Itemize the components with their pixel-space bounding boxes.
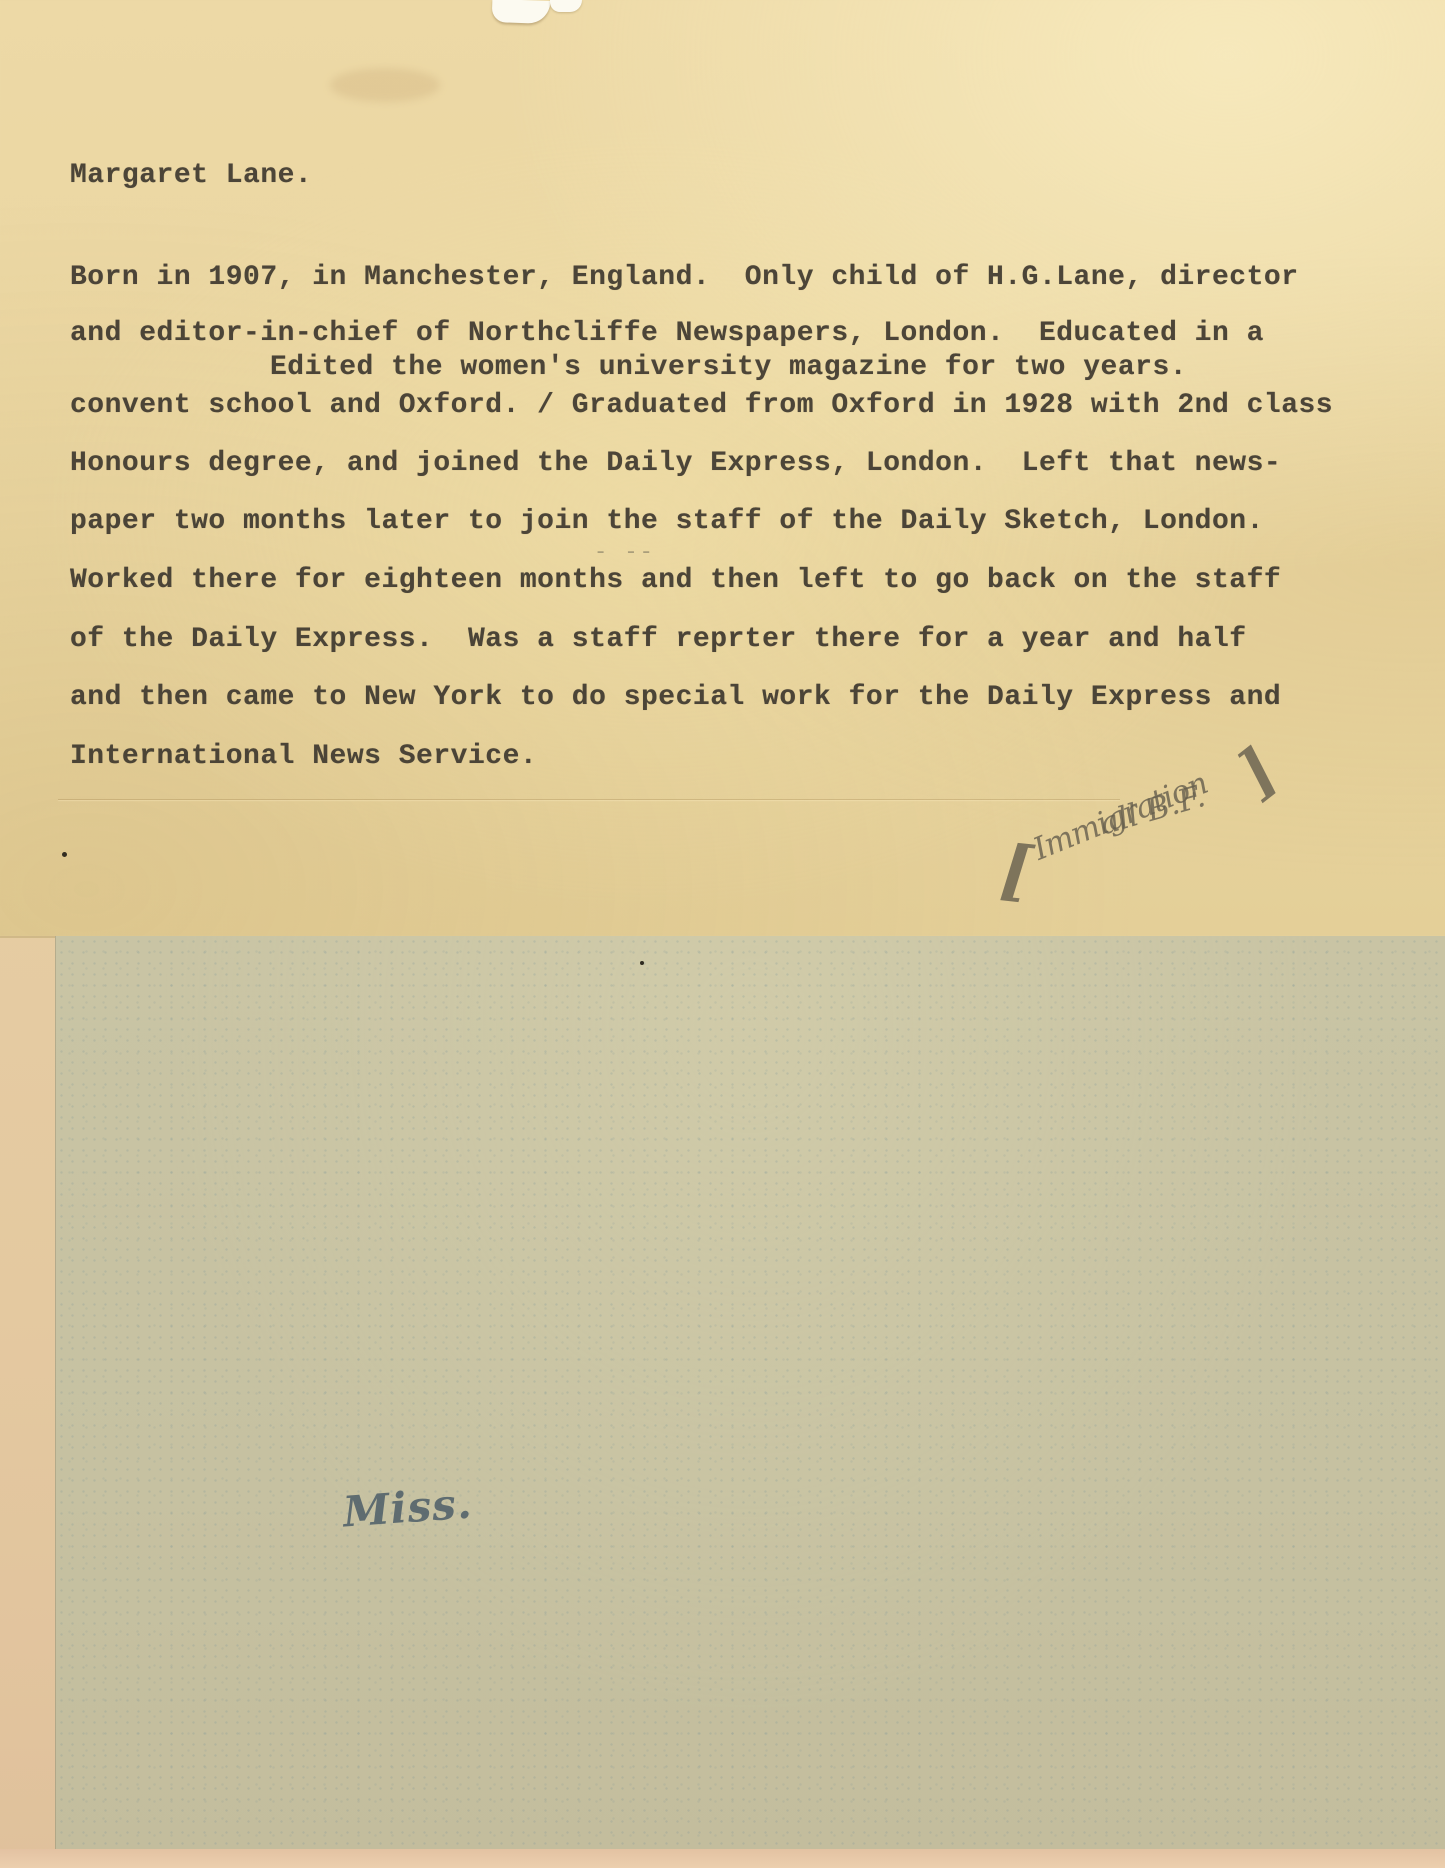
body-line: and then came to New York to do special … (70, 682, 1281, 713)
bottom-paper-edge (0, 1849, 1445, 1868)
body-line: paper two months later to join the staff… (70, 506, 1264, 537)
body-line: Honours degree, and joined the Daily Exp… (70, 448, 1281, 479)
body-line-inserted: Edited the women's university magazine f… (270, 352, 1187, 383)
document-title: Margaret Lane. (70, 160, 312, 191)
pencil-bracket-close: ] (1224, 736, 1289, 809)
paper-crease-line (58, 799, 1120, 800)
handwritten-margin-note: [ Immigration ] all B.F. (985, 735, 1345, 935)
backing-paper-sheet (55, 936, 1445, 1850)
body-line: International News Service. (70, 741, 537, 772)
body-line: of the Daily Express. Was a staff reprte… (70, 624, 1247, 655)
body-line: Worked there for eighteen months and the… (70, 565, 1281, 596)
stray-pencil-dashes: - -- (594, 540, 655, 565)
body-line: Born in 1907, in Manchester, England. On… (70, 262, 1299, 293)
ink-smudge (330, 68, 440, 102)
paper-speck (640, 961, 644, 965)
body-line: convent school and Oxford. / Graduated f… (70, 390, 1333, 421)
handwritten-bottom-note: Miss. (341, 1479, 473, 1537)
body-line: and editor-in-chief of Northcliffe Newsp… (70, 318, 1264, 349)
scanned-document-page: Margaret Lane. Born in 1907, in Manchest… (0, 0, 1445, 1868)
paper-speck (62, 852, 67, 857)
